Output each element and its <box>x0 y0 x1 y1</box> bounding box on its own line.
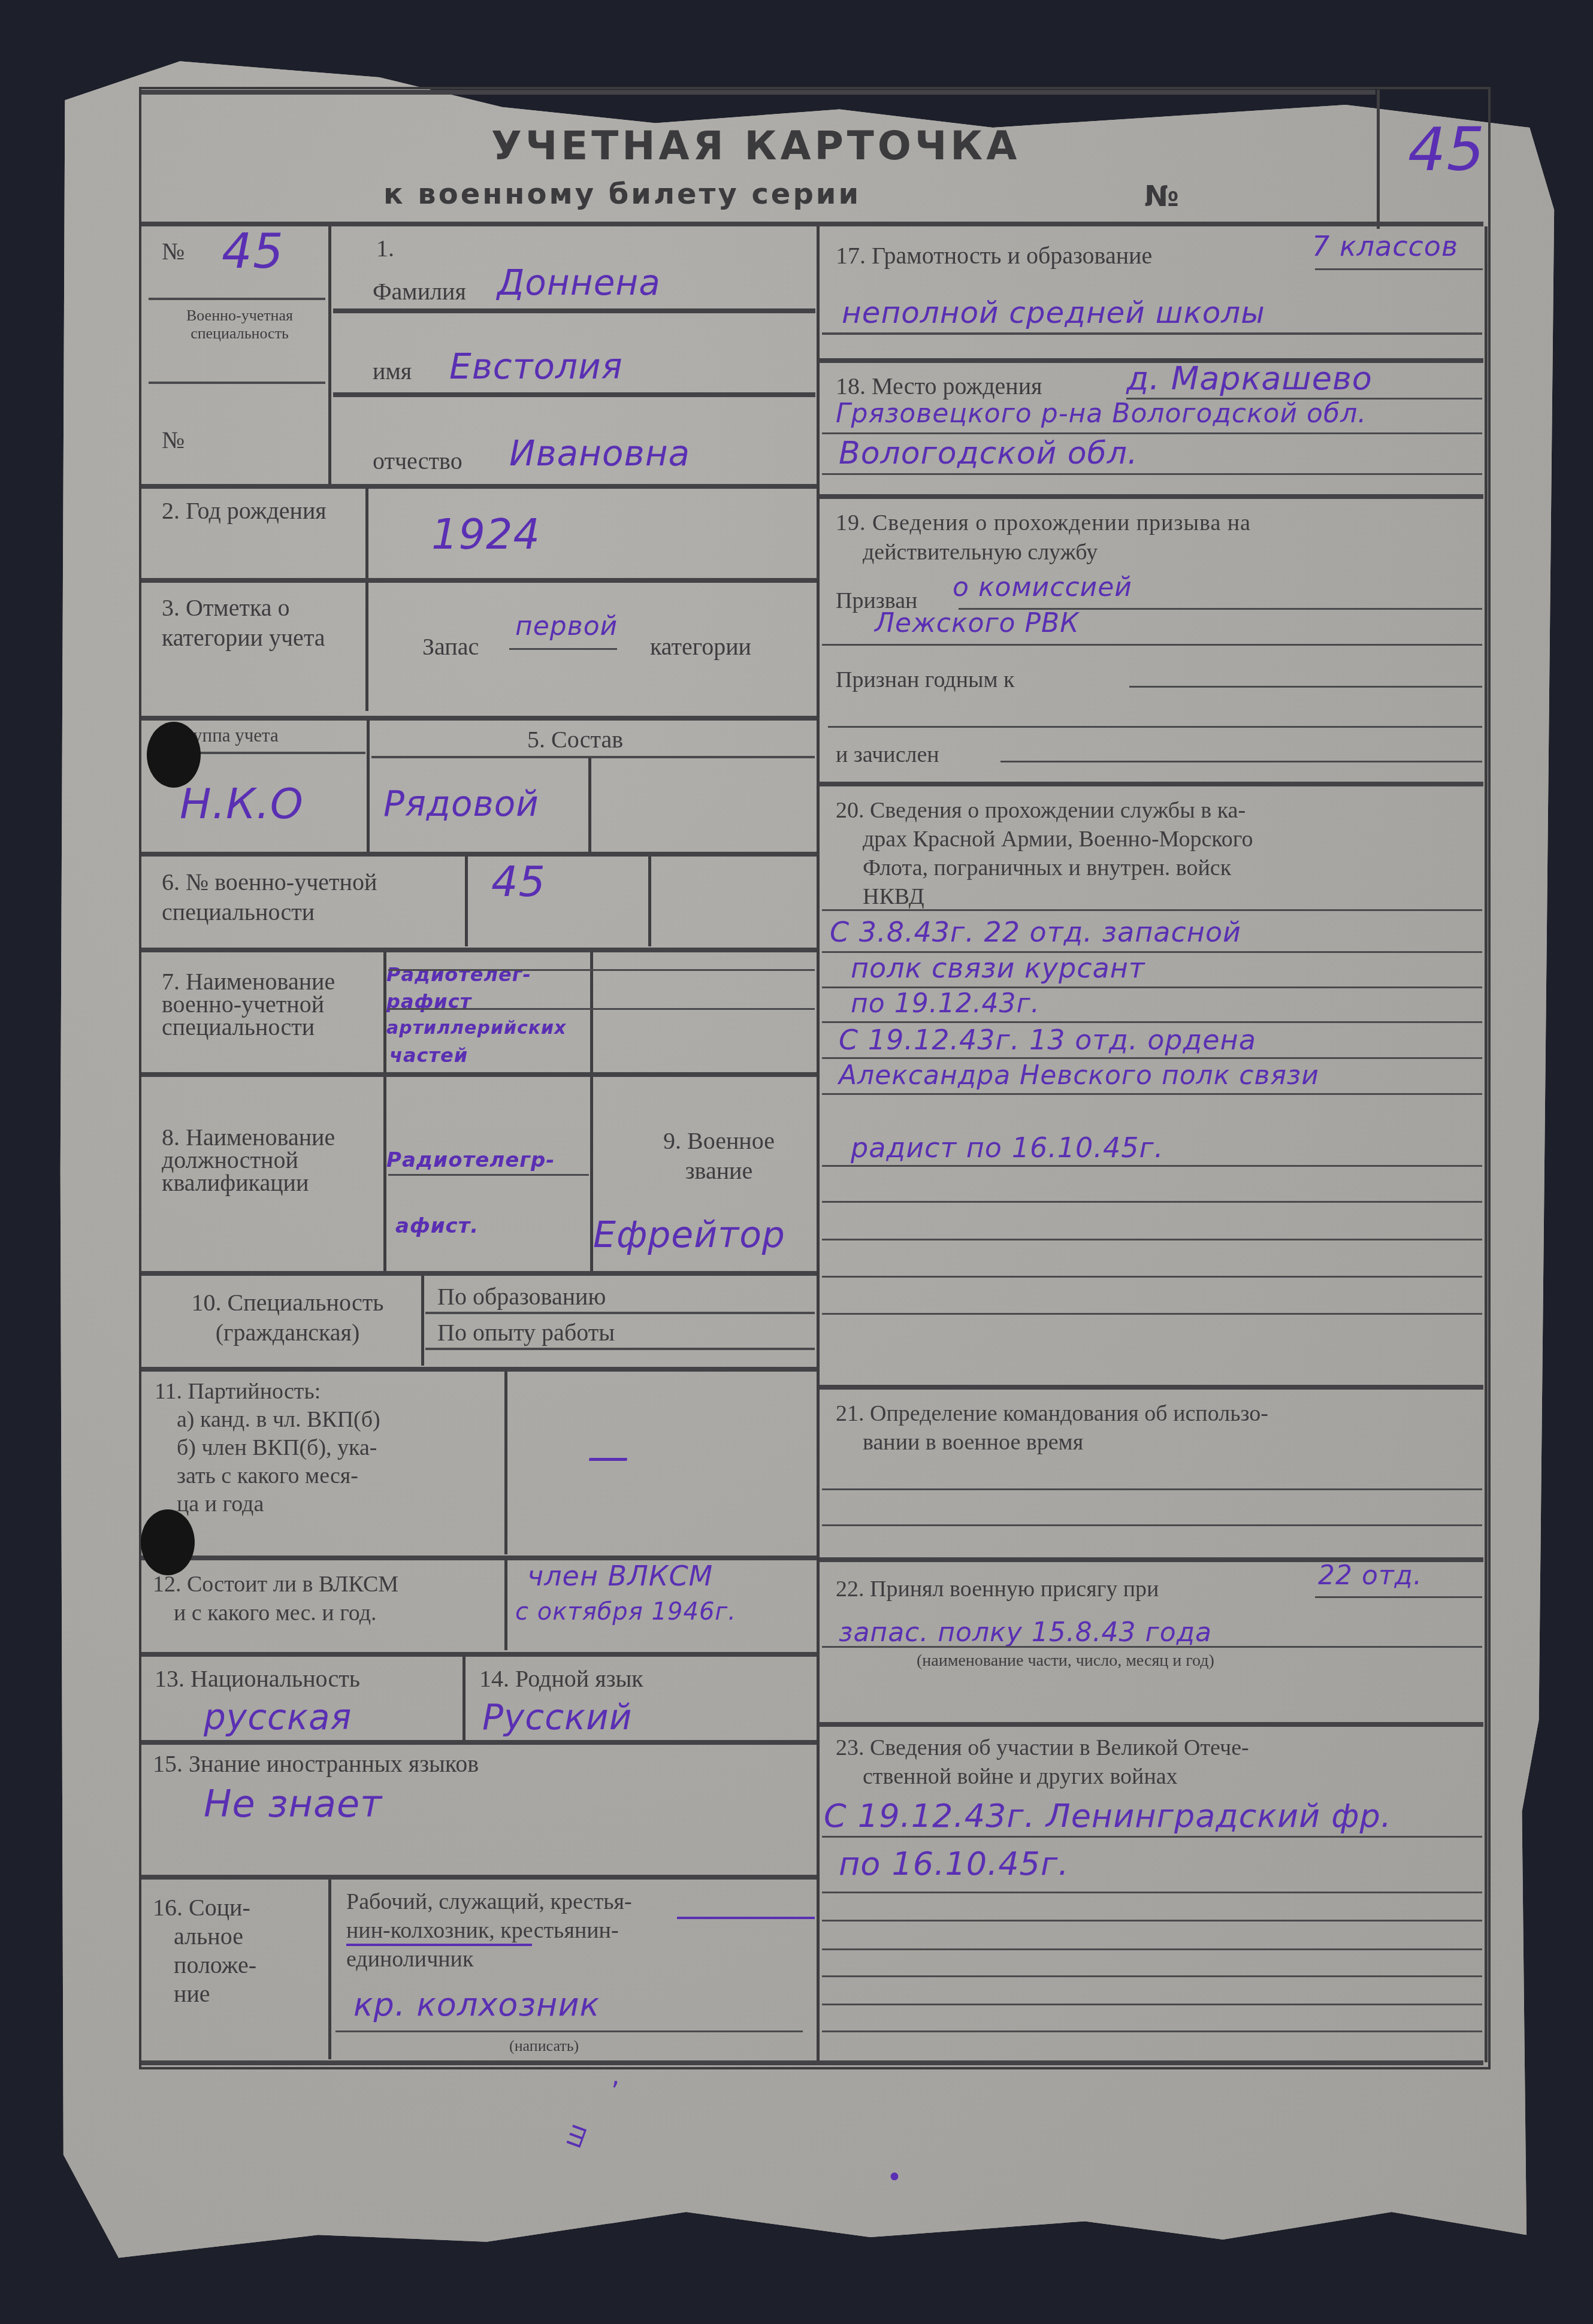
f18-rule-3 <box>822 473 1482 475</box>
f2-rule <box>141 578 817 583</box>
f20-entry-1: С 3.8.43г. 22 отд. запасной <box>830 916 1241 948</box>
f16-underline-kolkhoznik-2 <box>346 1944 532 1946</box>
f11-line-2: а) канд. в чл. ВКП(б) <box>177 1405 380 1435</box>
f2-value: 1924 <box>431 515 540 553</box>
f20-entry-2: полк связи курсант <box>851 952 1145 984</box>
f11-bottom-rule <box>141 1556 817 1560</box>
f2-label: 2. Год рождения <box>162 496 353 526</box>
name-rule <box>333 392 815 397</box>
f20-rule-5 <box>822 1093 1482 1095</box>
f15-bottom-rule <box>141 1875 817 1880</box>
f19-rule-3 <box>1129 686 1482 688</box>
f19-rule-4 <box>828 726 1482 728</box>
f22-rule-1 <box>1315 1596 1482 1598</box>
f16-option-3: единоличник <box>346 1944 473 1974</box>
f10-experience: По опыту работы <box>437 1318 615 1348</box>
f18-label: 18. Место рождения <box>836 371 1042 401</box>
f19-prizvan-value-2: Лежского РВК <box>875 608 1079 639</box>
f20-line-3: Флота, пограничных и внутрен. войск <box>863 853 1231 883</box>
f20-rule-0 <box>822 909 1482 911</box>
f20-rule-8 <box>822 1239 1482 1240</box>
f5-rule <box>371 756 815 758</box>
f14-label: 14. Родной язык <box>479 1664 643 1694</box>
f19-rule-2 <box>822 644 1482 646</box>
f22-label: 22. Принял военную присягу при <box>836 1574 1159 1604</box>
f13-divider <box>463 1656 465 1740</box>
f3-label: 3. Отметка о категории учета <box>162 593 353 653</box>
f16-label-2: альное <box>174 1921 243 1951</box>
no-value: 45 <box>222 225 284 279</box>
f16-option-1: Рабочий, служащий, крестья- <box>346 1887 632 1917</box>
f23-rule-5 <box>822 1975 1482 1977</box>
card-bottom-rule <box>141 2060 1483 2065</box>
f18-value-1: д. Маркашево <box>1126 359 1373 398</box>
f22-value-b: запас. полку 15.8.43 года <box>839 1617 1212 1648</box>
f17-value-a: 7 классов <box>1312 231 1458 262</box>
f16-hint: (написать) <box>509 2035 579 2057</box>
f23-line-1: 23. Сведения об участии в Великой Отече- <box>836 1733 1249 1763</box>
surname-value: Доннена <box>497 264 661 302</box>
f13-value: русская <box>204 1698 352 1736</box>
f20-rule-7 <box>822 1201 1482 1203</box>
f19-line-2: действительную службу <box>863 537 1098 567</box>
vus-rule <box>149 382 325 384</box>
f12-divider <box>504 1560 507 1650</box>
surname-rule <box>333 308 815 313</box>
f9-value: Ефрейтор <box>593 1216 785 1254</box>
header-top-rule <box>141 90 1376 95</box>
f3-zapas: Запас <box>422 632 479 662</box>
ink-smudge-3: • <box>887 2162 902 2193</box>
f10-education: По образованию <box>437 1282 606 1312</box>
f16-option-2: нин-колхозник, крестьянин- <box>346 1916 619 1945</box>
f10-bottom-rule <box>141 1367 817 1372</box>
f22-rule-2 <box>822 1646 1482 1648</box>
f20-entry-5: Александра Невского полк связи <box>839 1060 1319 1091</box>
f8-line-2: афист. <box>395 1207 479 1245</box>
name-label: имя <box>373 356 412 386</box>
no2-label: № <box>162 425 185 455</box>
f23-rule-6 <box>822 2004 1482 2005</box>
f19-line-1: 19. Сведения о прохождении призыва на <box>836 508 1251 538</box>
f16-value: кр. колхозник <box>353 1986 600 2024</box>
patronymic-label: отчество <box>373 446 463 476</box>
f7-rule-2 <box>388 1008 815 1010</box>
f23-rule-1 <box>822 1836 1482 1838</box>
f22-value-a: 22 отд. <box>1318 1560 1422 1591</box>
f21-line-2: вании в военное время <box>863 1427 1083 1457</box>
f20-entry-6: радист по 16.10.45г. <box>851 1132 1163 1163</box>
f4-divider <box>367 720 370 852</box>
f17-rule-1 <box>1315 268 1483 270</box>
f12-value-2: с октября 1946г. <box>515 1596 736 1627</box>
f10-rule-1 <box>425 1312 815 1314</box>
punch-hole-top <box>147 722 201 788</box>
f5-bottom-rule <box>141 852 817 857</box>
f20-bottom-rule <box>820 1385 1483 1390</box>
f11-line-4: зать с какого меся- <box>177 1461 358 1491</box>
f16-underline-kolkhoznik-1 <box>677 1917 815 1919</box>
vus-label: Военно-учетная специальность <box>162 307 318 343</box>
f3-rule <box>141 716 817 721</box>
f11-divider <box>504 1372 507 1554</box>
f12-line-2: и с какого мес. и год. <box>174 1598 377 1628</box>
no-label: № <box>162 237 185 267</box>
f10-rule-2 <box>425 1348 815 1350</box>
no-rule <box>149 298 325 300</box>
f18-value-2: Грязовецкого р-на Вологодской обл. <box>836 398 1367 429</box>
f6-rule <box>141 948 817 952</box>
f17-value-b: неполной средней школы <box>842 293 1265 332</box>
f2-divider <box>365 488 368 578</box>
f5-label: 5. Состав <box>527 725 623 755</box>
f23-entry-1: С 19.12.43г. Ленинградский фр. <box>824 1797 1392 1835</box>
f22-bottom-rule <box>820 1722 1483 1727</box>
f23-rule-2 <box>822 1892 1482 1893</box>
f8-label: 8. Наименование должностной квалификации <box>162 1126 377 1194</box>
card-subtitle: к военному билету серии <box>383 177 861 211</box>
f1-bottom-rule <box>141 484 817 489</box>
f16-label-3: положе- <box>174 1950 256 1980</box>
f7-rule-1 <box>388 969 815 971</box>
ink-smudge-1: ‚ <box>611 2060 619 2091</box>
f20-rule-4 <box>822 1057 1482 1059</box>
f1-number: 1. <box>376 234 394 264</box>
f18-bottom-rule <box>820 494 1483 499</box>
f3-blank <box>509 648 617 650</box>
f20-rule-3 <box>822 1021 1482 1023</box>
f6-value: 45 <box>491 863 546 901</box>
f15-value: Не знает <box>204 1785 382 1823</box>
f23-line-2: ственной войне и других войнах <box>863 1762 1178 1792</box>
f21-rule-2 <box>822 1524 1482 1526</box>
card-title: УЧЕТНАЯ КАРТОЧКА <box>491 123 1020 169</box>
f9-bottom-rule <box>141 1271 817 1276</box>
f16-divider <box>328 1880 331 2059</box>
f11-line-5: ца и года <box>177 1489 264 1519</box>
f9-label: 9. Военное звание <box>635 1126 803 1186</box>
f17-label: 17. Грамотность и образование <box>836 241 1152 271</box>
f7-line-4: частей <box>389 1036 468 1075</box>
f5-value: Рядовой <box>383 785 539 823</box>
card-number-handwritten: 45 <box>1408 117 1485 183</box>
f20-rule-6 <box>822 1165 1482 1167</box>
f23-rule-4 <box>822 1948 1482 1950</box>
f17-rule-2 <box>822 332 1482 335</box>
patronymic-value: Ивановна <box>509 434 690 473</box>
right-frame-line <box>1485 226 1488 2062</box>
f11-value: — <box>587 1438 630 1476</box>
f20-rule-10 <box>822 1313 1482 1315</box>
f18-value-3: Вологодской обл. <box>839 434 1138 473</box>
header-number-divider <box>1377 90 1380 229</box>
surname-label: Фамилия <box>373 277 466 307</box>
f4-value: Н.К.О <box>180 785 304 823</box>
f16-rule <box>335 2031 803 2032</box>
f13-label: 13. Национальность <box>155 1664 360 1694</box>
f7-label: 7. Наименование военно-учетной специальн… <box>162 970 377 1039</box>
f6-divider-a <box>465 857 468 946</box>
f12-bottom-rule <box>141 1652 817 1657</box>
f19-godnym-label: Признан годным к <box>836 665 1015 695</box>
f20-line-2: драх Красной Армии, Военно-Морского <box>863 824 1253 854</box>
f6-divider-b <box>648 857 651 946</box>
f20-entry-4: С 19.12.43г. 13 отд. ордена <box>839 1024 1256 1055</box>
f19-zachislen-label: и зачислен <box>836 740 939 770</box>
f10-label: 10. Специальность (гражданская) <box>159 1288 416 1348</box>
f19-bottom-rule <box>820 782 1483 786</box>
header-bottom-rule <box>141 222 1483 226</box>
f4-rule <box>180 752 365 754</box>
f22-hint: (наименование части, число, месяц и год) <box>917 1650 1214 1672</box>
f21-line-1: 21. Определение командования об использо… <box>836 1399 1268 1429</box>
f14-bottom-rule <box>141 1740 817 1745</box>
f19-prizvan-value-1: о комиссией <box>953 572 1132 603</box>
f10-divider <box>421 1276 424 1366</box>
f6-label: 6. № военно-учетной специальности <box>162 867 461 927</box>
f20-rule-9 <box>822 1276 1482 1278</box>
f20-line-4: НКВД <box>863 882 924 912</box>
f15-label: 15. Знание иностранных языков <box>153 1749 479 1779</box>
f3-value: первой <box>515 611 618 642</box>
f11-line-3: б) член ВКП(б), ука- <box>177 1433 377 1463</box>
f23-entry-2: по 16.10.45г. <box>839 1845 1069 1883</box>
f3-divider <box>365 582 368 711</box>
f3-kat: категории <box>650 632 751 662</box>
f20-entry-3: по 19.12.43г. <box>851 988 1040 1019</box>
serial-number-label: № <box>1144 180 1183 213</box>
f5-divider <box>588 758 591 852</box>
name-value: Евстолия <box>449 347 623 386</box>
f20-line-1: 20. Сведения о прохождении службы в ка- <box>836 795 1246 825</box>
f19-rule-5 <box>1000 761 1482 762</box>
f1-divider <box>328 226 331 484</box>
f23-rule-3 <box>822 1920 1482 1921</box>
f12-line-1: 12. Состоит ли в ВЛКСМ <box>153 1569 398 1599</box>
f21-rule-1 <box>822 1488 1482 1490</box>
f11-line-1: 11. Партийность: <box>155 1376 321 1406</box>
f16-label-4: ние <box>174 1979 210 2009</box>
f7-bottom-rule <box>141 1072 817 1077</box>
f8-rule <box>388 1174 589 1176</box>
f16-label-1: 16. Соци- <box>153 1893 250 1923</box>
f14-value: Русский <box>482 1698 633 1736</box>
f23-rule-7 <box>822 2031 1482 2032</box>
punch-hole-bottom <box>141 1509 195 1575</box>
column-divider <box>817 226 820 2062</box>
f12-value-1: член ВЛКСМ <box>527 1560 713 1591</box>
